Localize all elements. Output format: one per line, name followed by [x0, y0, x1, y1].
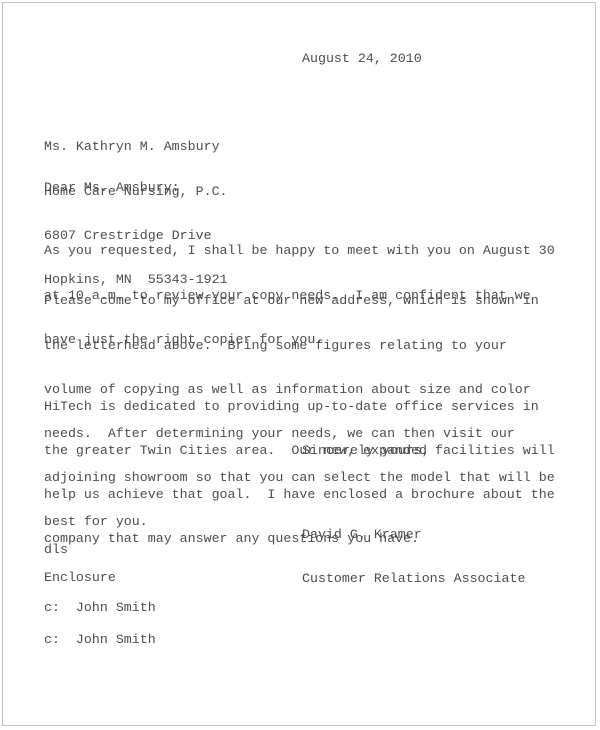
- reference-initials: dls: [44, 543, 68, 558]
- recipient-name: Ms. Kathryn M. Amsbury: [44, 140, 228, 155]
- copy-notation: c: John Smith: [44, 633, 156, 648]
- salutation: Dear Ms. Amsbury:: [44, 181, 180, 196]
- body-line: the letterhead above. Bring some figures…: [44, 339, 555, 354]
- copy-notation: c: John Smith: [44, 601, 156, 616]
- body-line: the greater Twin Cities area. Our new, e…: [44, 444, 555, 459]
- complimentary-closing: Sincerely yours,: [302, 444, 430, 459]
- signature-block: David G. Kramer Customer Relations Assoc…: [302, 499, 525, 602]
- body-line: As you requested, I shall be happy to me…: [44, 244, 555, 259]
- enclosure-notation: Enclosure: [44, 571, 116, 586]
- signature-title: Customer Relations Associate: [302, 572, 525, 587]
- date-line: August 24, 2010: [302, 52, 422, 67]
- body-line: HiTech is dedicated to providing up-to-d…: [44, 400, 555, 415]
- body-line: Please come to my office at our new addr…: [44, 294, 555, 309]
- signature-name: David G. Kramer: [302, 528, 525, 543]
